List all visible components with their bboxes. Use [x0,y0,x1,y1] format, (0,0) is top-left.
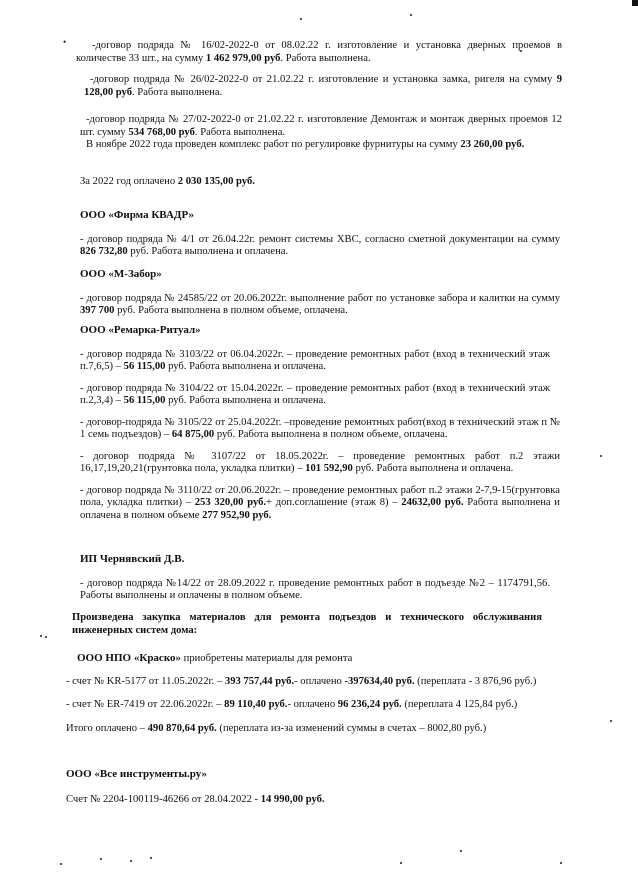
purchase-section: Произведена закупка материалов для ремон… [72,612,542,637]
contract-27-02: -договор подряда № 27/02-2022-0 от 21.02… [80,114,562,152]
scan-speck [60,863,62,865]
invoice-item: - счет № KR-5177 от 11.05.2022г. – 393 7… [66,676,548,689]
scan-speck [300,18,302,20]
contract-item: - договор подряда № 3110/22 от 20.06.202… [80,485,560,523]
contract-26-02: -договор подряда № 26/02-2022-0 от 21.02… [84,74,562,99]
mzabor-section: ООО «М-Забор» - договор подряда № 24585/… [80,268,560,318]
amount: 14 990,00 руб. [261,794,325,805]
total-2022: За 2022 год оплачено 2 030 135,00 руб. [80,176,560,189]
bullet-mark: • [63,36,66,49]
scan-speck [460,850,462,852]
scan-speck [45,636,47,638]
scan-speck [100,858,102,860]
contract-16-02: -договор подряда № 16/02-2022-0 от 08.02… [76,40,562,65]
scan-speck [410,14,412,16]
scan-speck [150,857,152,859]
scan-edge-mark [632,0,638,6]
krasko-section: ООО НПО «Краско» приобретены материалы д… [72,652,548,735]
amount: 1 462 979,00 руб [206,53,280,64]
scan-speck [610,720,612,722]
scan-speck [130,860,132,862]
section-header: Произведена закупка материалов для ремон… [72,612,542,637]
contract-item: - договор-подряда № 3105/22 от 25.04.202… [80,417,560,442]
scan-speck [600,455,602,457]
section-header: ООО НПО «Краско» [77,652,181,664]
section-header: ООО «Все инструменты.ру» [66,768,546,781]
scan-speck [520,50,522,52]
contract-item: - договор подряда № 3107/22 от 18.05.202… [80,451,560,476]
total-paid: Итого оплачено – 490 870,64 руб. (перепл… [66,723,566,736]
amount: 534 768,00 руб [128,127,195,138]
invoice-item: - счет № ER-7419 от 22.06.2022г. – 89 11… [66,699,556,712]
section-header: ООО «М-Забор» [80,268,560,281]
contract-item: - договор подряда № 3104/22 от 15.04.202… [80,383,550,408]
scan-speck [560,862,562,864]
section-header: ООО «Ремарка-Ритуал» [80,324,550,337]
remarka-section: ООО «Ремарка-Ритуал» - договор подряда №… [80,324,550,522]
scan-speck [400,862,402,864]
section-header: ИП Чернявский Д.В. [80,553,550,566]
amount: 826 732,80 [80,246,128,257]
november-work: В ноябре 2022 года проведен комплекс раб… [80,139,562,152]
amount: 2 030 135,00 руб. [178,176,255,187]
contract-item: - договор подряда № 3103/22 от 06.04.202… [80,349,550,374]
instruments-section: ООО «Все инструменты.ру» Счет № 2204-100… [66,768,546,806]
scan-speck [40,635,42,637]
chernyavsky-section: ИП Чернявский Д.В. - договор подряда №14… [80,553,550,603]
kvadr-section: ООО «Фирма КВАДР» - договор подряда № 4/… [80,209,560,259]
amount: 397 700 [80,305,114,316]
section-header: ООО «Фирма КВАДР» [80,209,560,222]
